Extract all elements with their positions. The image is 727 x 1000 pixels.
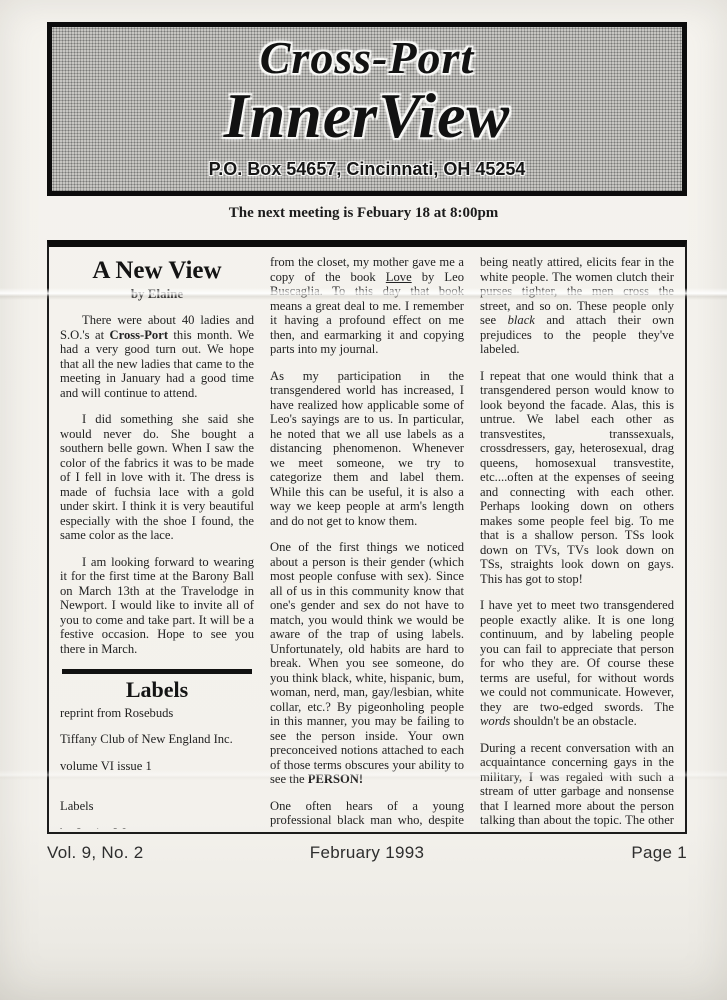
labels-article-author: by Jessica Warren <box>60 826 254 830</box>
article-paragraph: I repeat that one would think that a tra… <box>480 369 674 587</box>
article-paragraph: As my participation in the transgendered… <box>270 369 464 529</box>
masthead: Cross-Port InnerView P.O. Box 54657, Cin… <box>47 22 687 196</box>
newsletter-title-line2: InnerView <box>224 82 510 149</box>
article-paragraph: During a recent conversation with an acq… <box>480 741 674 830</box>
emphasized-text: PERSON! <box>308 772 363 786</box>
newsletter-page: Cross-Port InnerView P.O. Box 54657, Cin… <box>0 0 727 1000</box>
section-divider-rule <box>62 669 252 674</box>
italic-text: black <box>508 313 535 327</box>
paragraph-text: I have yet to meet two transgendered peo… <box>480 598 674 714</box>
labels-source-line: Tiffany Club of New England Inc. <box>60 732 254 747</box>
newsletter-title-line1: Cross-Port <box>260 34 474 82</box>
labels-article-title: Labels <box>60 799 254 814</box>
spacer <box>60 785 254 799</box>
article-byline: by Elaine <box>60 287 254 302</box>
article-paragraph: I have yet to meet two transgendered peo… <box>480 598 674 729</box>
article-paragraph: I did something she said she would never… <box>60 412 254 543</box>
labels-source-line: volume VI issue 1 <box>60 759 254 774</box>
article-paragraph: There were about 40 ladies and S.O.'s at… <box>60 313 254 400</box>
article-paragraph: One of the first things we noticed about… <box>270 540 464 787</box>
article-title: A New View <box>60 257 254 285</box>
meeting-notice: The next meeting is Febuary 18 at 8:00pm <box>0 205 727 222</box>
articles-box: A New View by Elaine There were about 40… <box>47 240 687 834</box>
paragraph-text: One of the first things we noticed about… <box>270 540 464 786</box>
paragraph-text: shouldn't be an obstacle. <box>510 714 636 728</box>
underlined-book-title: Love <box>386 270 412 284</box>
article-paragraph: One often hears of a young professional … <box>270 799 464 828</box>
column-1: A New View by Elaine There were about 40… <box>52 255 262 829</box>
article-paragraph: I am looking forward to wearing it for t… <box>60 555 254 657</box>
bold-text: Cross-Port <box>109 328 168 342</box>
labels-section-title: Labels <box>60 683 254 698</box>
labels-source-line: reprint from Rosebuds <box>60 706 254 721</box>
footer-volume: Vol. 9, No. 2 <box>47 843 144 863</box>
italic-text: words <box>480 714 510 728</box>
footer-page-number: Page 1 <box>631 843 687 863</box>
article-paragraph: being neatly attired, elicits fear in th… <box>480 255 674 357</box>
column-2: from the closet, my mother gave me a cop… <box>262 255 472 829</box>
masthead-address: P.O. Box 54657, Cincinnati, OH 45254 <box>209 159 526 180</box>
column-3: being neatly attired, elicits fear in th… <box>472 255 682 829</box>
article-paragraph: from the closet, my mother gave me a cop… <box>270 255 464 357</box>
page-footer: February 1993 Vol. 9, No. 2 Page 1 <box>47 843 687 863</box>
